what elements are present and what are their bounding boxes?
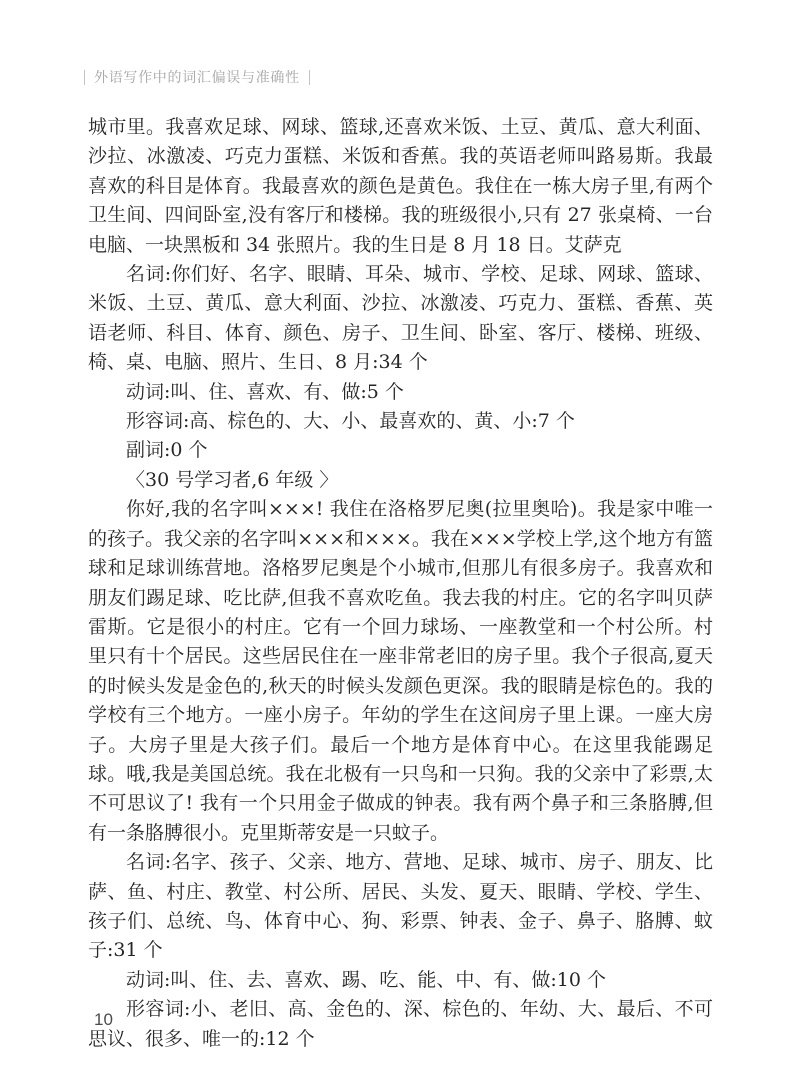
page-number: 10 (94, 1010, 113, 1029)
paragraph: 动词:叫、住、去、喜欢、踢、吃、能、中、有、做:10 个 (88, 966, 713, 995)
page-body: 城市里。我喜欢足球、网球、篮球,还喜欢米饭、土豆、黄瓜、意大利面、沙拉、冰激凌、… (88, 113, 713, 1054)
paragraph: 副词:0 个 (88, 436, 713, 465)
book-page: 外语写作中的词汇偏误与准确性 城市里。我喜欢足球、网球、篮球,还喜欢米饭、土豆、… (0, 0, 799, 1082)
running-header: 外语写作中的词汇偏误与准确性 (84, 66, 310, 88)
paragraph: 〈30 号学习者,6 年级 〉 (88, 466, 713, 495)
paragraph: 城市里。我喜欢足球、网球、篮球,还喜欢米饭、土豆、黄瓜、意大利面、沙拉、冰激凌、… (88, 113, 713, 260)
header-rule-left (84, 70, 85, 85)
paragraph: 动词:叫、住、喜欢、有、做:5 个 (88, 378, 713, 407)
paragraph: 你好,我的名字叫×××! 我住在洛格罗尼奥(拉里奥哈)。我是家中唯一的孩子。我父… (88, 495, 713, 848)
paragraph: 名词:名字、孩子、父亲、地方、营地、足球、城市、房子、朋友、比萨、鱼、村庄、教堂… (88, 848, 713, 966)
paragraph: 形容词:高、棕色的、大、小、最喜欢的、黄、小:7 个 (88, 407, 713, 436)
header-rule-right (309, 70, 310, 85)
paragraph: 形容词:小、老旧、高、金色的、深、棕色的、年幼、大、最后、不可思议、很多、唯一的… (88, 995, 713, 1054)
paragraph: 名词:你们好、名字、眼睛、耳朵、城市、学校、足球、网球、篮球、米饭、土豆、黄瓜、… (88, 260, 713, 378)
header-title: 外语写作中的词汇偏误与准确性 (94, 67, 300, 87)
page-footer: 10 (94, 1010, 113, 1030)
